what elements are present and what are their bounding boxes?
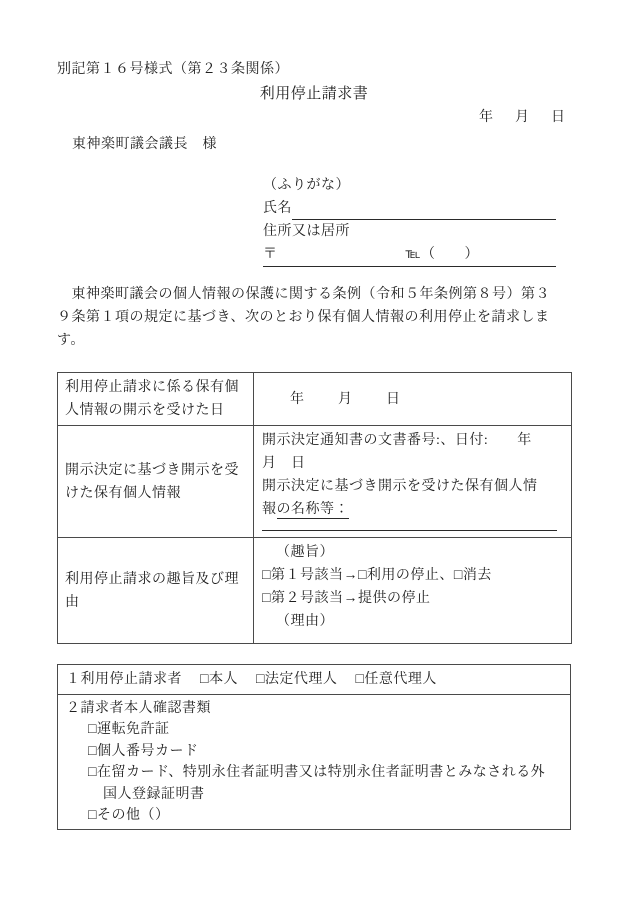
requester-type-cell: １利用停止請求者 □本人 □法定代理人 □任意代理人 <box>58 665 571 695</box>
row-label: 利用停止請求に係る保有個人情報の開示を受けた日 <box>65 376 246 422</box>
table-row-identity-docs: ２請求者本人確認書類 □運転免許証 □個人番号カード □在留カード、特別永住者証… <box>58 695 571 830</box>
document-page: 別記第１６号様式（第２３条関係） 利用停止請求書 年 月 日 東神楽町議会議長 … <box>0 0 630 903</box>
purpose-header: （趣旨） <box>262 541 563 564</box>
purpose-reason-cell: （趣旨） □第１号該当→□利用の停止、□消去 □第２号該当→提供の停止 （理由） <box>254 538 572 644</box>
checkbox-option-self: □本人 <box>200 672 238 687</box>
request-detail-table: 利用停止請求に係る保有個人情報の開示を受けた日 年 月 日 開示決定に基づき開示… <box>57 372 572 644</box>
row-label: 開示決定に基づき開示を受けた保有個人情報 <box>65 459 246 505</box>
addressee-line: 東神楽町議会議長 様 <box>72 133 571 156</box>
row-label: 利用停止請求の趣旨及び理由 <box>65 568 246 614</box>
name-label: 氏名 <box>263 197 292 220</box>
form-number-line: 別記第１６号様式（第２３条関係） <box>57 58 571 81</box>
name-row: 氏名 <box>263 197 556 220</box>
checkbox-option-legal-rep: □法定代理人 <box>256 672 337 687</box>
table-row-disclosure-date: 利用停止請求に係る保有個人情報の開示を受けた日 年 月 日 <box>58 373 572 426</box>
info-name-line-1: 開示決定に基づき開示を受けた保有個人情 <box>262 475 563 498</box>
furigana-label: （ふりがな） <box>263 174 556 197</box>
postal-mark: 〒 <box>263 243 278 266</box>
row-label-cell: 利用停止請求に係る保有個人情報の開示を受けた日 <box>58 373 254 426</box>
table-row-requester-type: １利用停止請求者 □本人 □法定代理人 □任意代理人 <box>58 665 571 695</box>
postal-row: 〒 ℡（ ） <box>263 243 556 267</box>
document-title: 利用停止請求書 <box>57 83 571 106</box>
info-name-line-2: 報の名称等： <box>262 498 563 521</box>
disclosure-date-value: 年 月 日 <box>262 388 563 411</box>
body-paragraph: 東神楽町議会の個人情報の保護に関する条例（令和５年条例第８号）第３ ９条第１項の… <box>57 283 571 352</box>
checkbox-option-drivers-license: □運転免許証 <box>66 719 562 740</box>
info-name-prefix: 報 <box>262 502 277 517</box>
tel-label: ℡（ ） <box>406 243 480 266</box>
notice-date-line: 月 日 <box>262 452 563 475</box>
notice-number-line: 開示決定通知書の文書番号:、日付: 年 <box>262 429 563 452</box>
address-label: 住所又は居所 <box>263 220 556 243</box>
checkbox-option-other: □その他（） <box>66 805 562 826</box>
reason-header: （理由） <box>262 610 563 633</box>
info-name-underlined: の名称等： <box>277 502 350 519</box>
identity-docs-cell: ２請求者本人確認書類 □運転免許証 □個人番号カード □在留カード、特別永住者証… <box>58 695 571 830</box>
table-row-disclosed-info: 開示決定に基づき開示を受けた保有個人情報 開示決定通知書の文書番号:、日付: 年… <box>58 426 572 538</box>
checkbox-option-voluntary-rep: □任意代理人 <box>355 672 436 687</box>
requester-type-label: １利用停止請求者 <box>66 672 182 687</box>
checkbox-option-residence-card-cont: 国人登録証明書 <box>66 784 562 805</box>
body-line-1: 東神楽町議会の個人情報の保護に関する条例（令和５年条例第８号）第３ <box>57 283 571 306</box>
table-row-purpose-reason: 利用停止請求の趣旨及び理由 （趣旨） □第１号該当→□利用の停止、□消去 □第２… <box>58 538 572 644</box>
checkbox-option-my-number-card: □個人番号カード <box>66 741 562 762</box>
body-line-3: す。 <box>57 329 571 352</box>
row-label-cell: 利用停止請求の趣旨及び理由 <box>58 538 254 644</box>
identity-docs-header: ２請求者本人確認書類 <box>66 698 562 719</box>
checkbox-option-clause1: □第１号該当→□利用の停止、□消去 <box>262 564 563 587</box>
disclosed-info-cell: 開示決定通知書の文書番号:、日付: 年 月 日 開示決定に基づき開示を受けた保有… <box>254 426 572 538</box>
date-line: 年 月 日 <box>57 106 571 129</box>
body-line-2: ９条第１項の規定に基づき、次のとおり保有個人情報の利用停止を請求しま <box>57 306 571 329</box>
document-content: 別記第１６号様式（第２３条関係） 利用停止請求書 年 月 日 東神楽町議会議長 … <box>57 58 571 830</box>
requester-table: １利用停止請求者 □本人 □法定代理人 □任意代理人 ２請求者本人確認書類 □運… <box>57 664 571 830</box>
checkbox-option-residence-card: □在留カード、特別永住者証明書又は特別永住者証明書とみなされる外 <box>66 762 562 783</box>
row-label-cell: 開示決定に基づき開示を受けた保有個人情報 <box>58 426 254 538</box>
applicant-block: （ふりがな） 氏名 住所又は居所 〒 ℡（ ） <box>263 174 556 267</box>
name-underline <box>292 197 556 220</box>
blank-underline <box>262 521 557 531</box>
disclosure-date-cell: 年 月 日 <box>254 373 572 426</box>
checkbox-option-clause2: □第２号該当→提供の停止 <box>262 587 563 610</box>
